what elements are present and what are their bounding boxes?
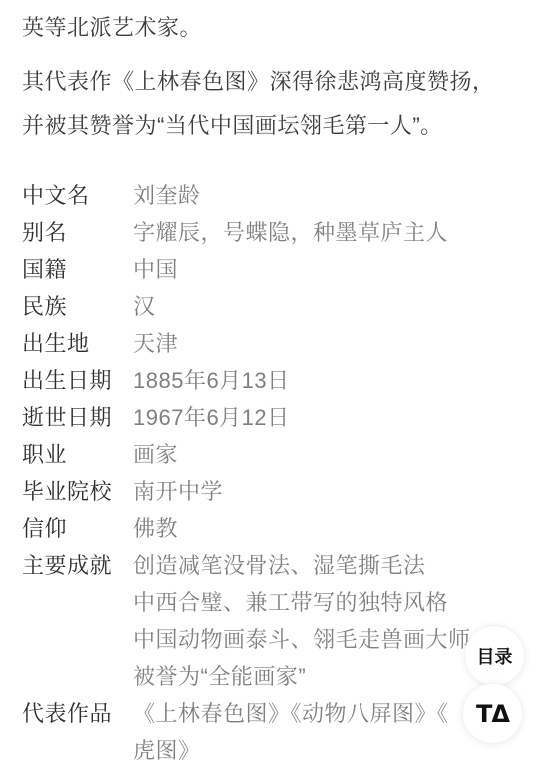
infobox-value-line: 画家 — [133, 436, 540, 473]
infobox-value-line: 汉 — [133, 288, 540, 325]
infobox-label: 代表作品 — [22, 695, 133, 732]
infobox-row: 信仰佛教 — [22, 510, 540, 547]
infobox-value-line: 中西合璧、兼工带写的独特风格 — [133, 584, 540, 621]
infobox-value-line: 刘奎龄 — [133, 177, 540, 214]
infobox-row: 民族汉 — [22, 288, 540, 325]
infobox-label: 主要成就 — [22, 547, 133, 584]
infobox-value: 字耀辰，号蝶隐，种墨草庐主人 — [133, 214, 540, 251]
infobox-label: 逝世日期 — [22, 399, 133, 436]
baike-article-page: 英等北派艺术家。 其代表作《上林春色图》深得徐悲鸿高度赞扬，并被其赞誉为“当代中… — [0, 0, 540, 779]
infobox-value-line: 字耀辰，号蝶隐，种墨草庐主人 — [133, 214, 540, 251]
infobox-value: 汉 — [133, 288, 540, 325]
infobox-value-line: 佛教 — [133, 510, 540, 547]
infobox-label: 职业 — [22, 436, 133, 473]
toc-floating-button[interactable]: 目录 — [464, 625, 525, 686]
infobox-value-line: 中国 — [133, 251, 540, 288]
infobox-label: 国籍 — [22, 251, 133, 288]
paragraph-fragment: 英等北派艺术家。 — [22, 6, 525, 50]
lead-paragraph: 其代表作《上林春色图》深得徐悲鸿高度赞扬，并被其赞誉为“当代中国画坛翎毛第一人”… — [22, 60, 525, 148]
infobox-value-line: 天津 — [133, 325, 540, 362]
infobox-row: 国籍中国 — [22, 251, 540, 288]
infobox-row: 毕业院校南开中学 — [22, 473, 540, 510]
infobox-row: 主要成就创造减笔没骨法、湿笔撕毛法中西合璧、兼工带写的独特风格中国动物画泰斗、翎… — [22, 547, 540, 695]
infobox-label: 信仰 — [22, 510, 133, 547]
infobox-row: 职业画家 — [22, 436, 540, 473]
infobox-value: 刘奎龄 — [133, 177, 540, 214]
infobox-value-line: 1967年6月12日 — [133, 399, 540, 436]
infobox: 中文名刘奎龄别名字耀辰，号蝶隐，种墨草庐主人国籍中国民族汉出生地天津出生日期18… — [22, 177, 540, 769]
infobox-value: 南开中学 — [133, 473, 540, 510]
infobox-row: 逝世日期1967年6月12日 — [22, 399, 540, 436]
infobox-label: 中文名 — [22, 177, 133, 214]
ta-floating-button[interactable]: TΔ — [462, 683, 523, 744]
infobox-value: 1885年6月13日 — [133, 362, 540, 399]
infobox-label: 出生地 — [22, 325, 133, 362]
infobox-value: 佛教 — [133, 510, 540, 547]
infobox-value: 中国 — [133, 251, 540, 288]
article-body: 英等北派艺术家。 其代表作《上林春色图》深得徐悲鸿高度赞扬，并被其赞誉为“当代中… — [0, 0, 540, 148]
infobox-row: 出生日期1885年6月13日 — [22, 362, 540, 399]
infobox-row: 中文名刘奎龄 — [22, 177, 540, 214]
infobox-value: 天津 — [133, 325, 540, 362]
infobox-label: 民族 — [22, 288, 133, 325]
infobox-value-line: 1885年6月13日 — [133, 362, 540, 399]
infobox-row: 别名字耀辰，号蝶隐，种墨草庐主人 — [22, 214, 540, 251]
infobox-value: 画家 — [133, 436, 540, 473]
infobox-label: 别名 — [22, 214, 133, 251]
infobox-label: 毕业院校 — [22, 473, 133, 510]
infobox-value: 1967年6月12日 — [133, 399, 540, 436]
infobox-row: 出生地天津 — [22, 325, 540, 362]
infobox-label: 出生日期 — [22, 362, 133, 399]
infobox-value-line: 创造减笔没骨法、湿笔撕毛法 — [133, 547, 540, 584]
infobox-value-line: 南开中学 — [133, 473, 540, 510]
paragraph-line: 其代表作《上林春色图》深得徐悲鸿高度赞扬， — [22, 60, 525, 104]
paragraph-line: 并被其赞誉为“当代中国画坛翎毛第一人”。 — [22, 104, 525, 148]
